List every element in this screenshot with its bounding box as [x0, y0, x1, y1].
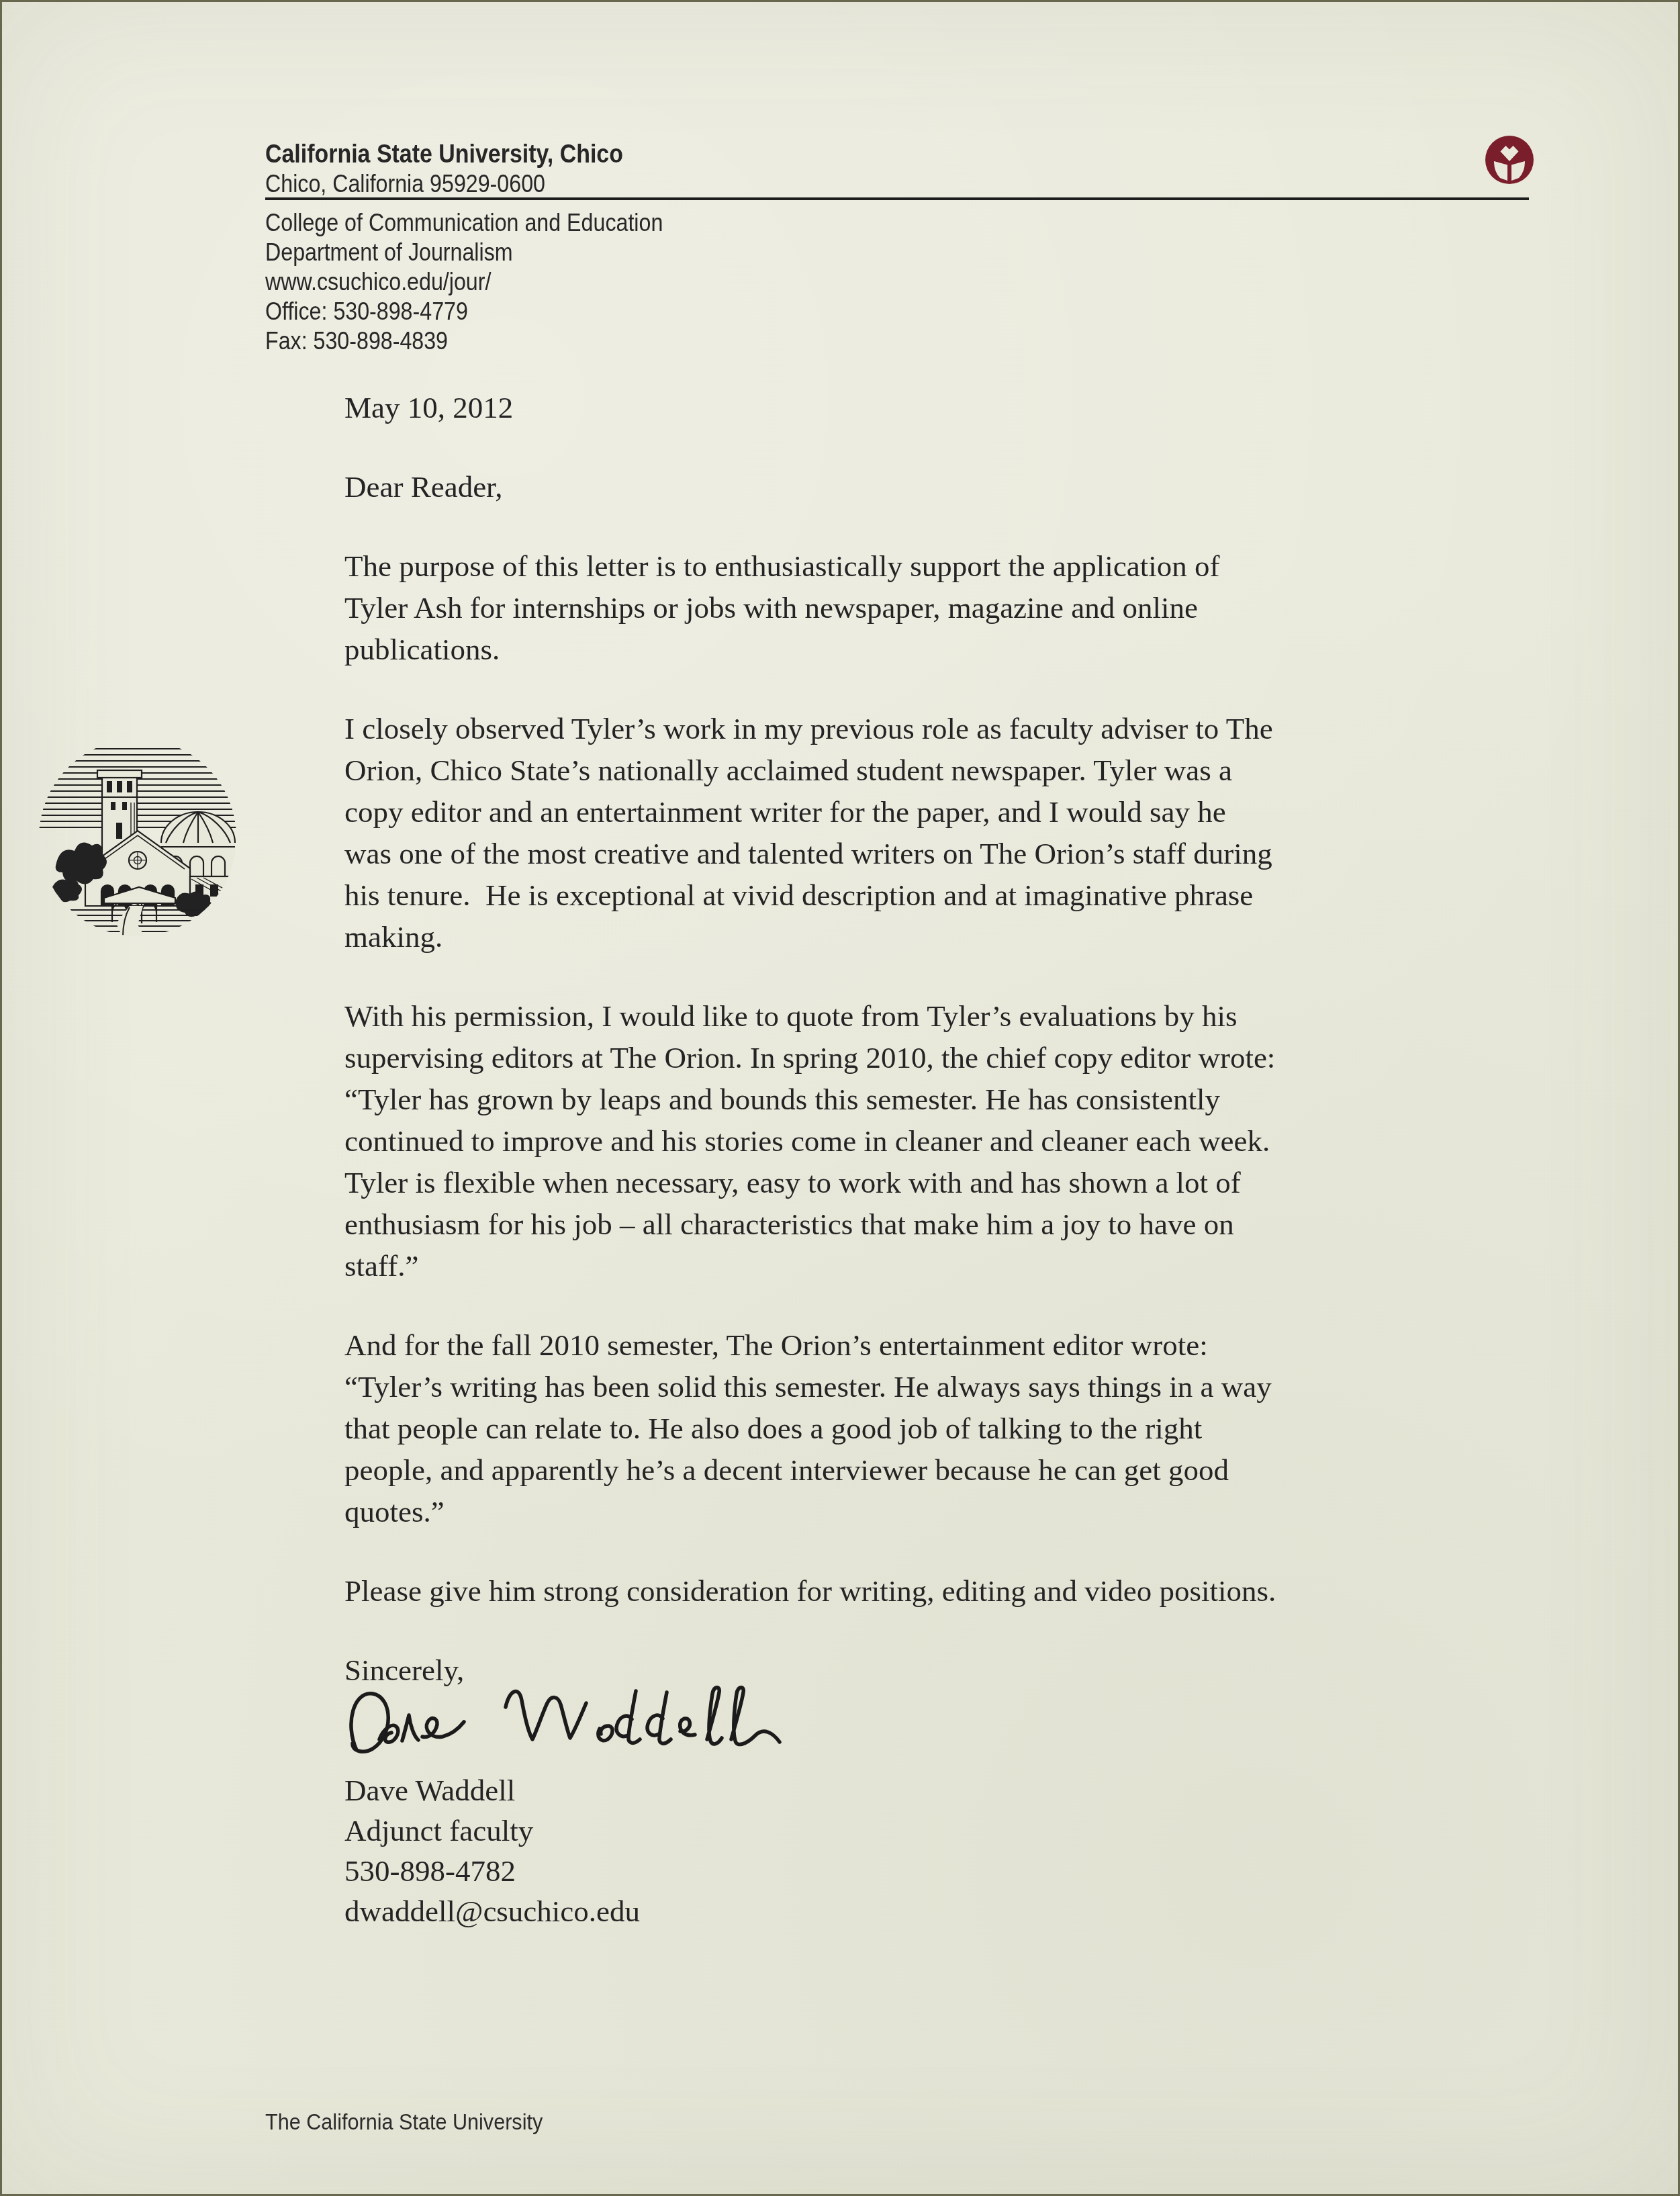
- letter-page: California State University, Chico Chico…: [0, 0, 1680, 2196]
- footer-text: The California State University: [265, 2109, 543, 2136]
- letterhead-rule: [265, 197, 1529, 200]
- letterhead-office-phone: Office: 530-898-4779: [265, 297, 1083, 326]
- signature-block: Dave Waddell Adjunct faculty 530-898-478…: [344, 1770, 1499, 1931]
- letterhead-university: California State University, Chico: [265, 140, 1083, 169]
- letterhead-fax: Fax: 530-898-4839: [265, 326, 1083, 356]
- letter-date: May 10, 2012: [344, 387, 1499, 428]
- signer-phone: 530-898-4782: [344, 1851, 1499, 1891]
- letterhead-department: Department of Journalism: [265, 238, 1083, 267]
- letter-paragraph: And for the fall 2010 semester, The Orio…: [344, 1324, 1499, 1532]
- university-seal-icon: [1483, 134, 1536, 186]
- letter-paragraph: Please give him strong consideration for…: [344, 1570, 1499, 1612]
- letter-paragraph: The purpose of this letter is to enthusi…: [344, 545, 1499, 670]
- signer-name: Dave Waddell: [344, 1770, 1499, 1811]
- letterhead-website: www.csuchico.edu/jour/: [265, 267, 1083, 297]
- signer-email: dwaddell@csuchico.edu: [344, 1891, 1499, 1931]
- campus-engraving-illustration: [37, 737, 238, 938]
- letter-salutation: Dear Reader,: [344, 466, 1499, 508]
- letterhead-spacer: [265, 199, 1205, 208]
- letterhead-address: Chico, California 95929-0600: [265, 169, 1083, 199]
- letter-paragraph: With his permission, I would like to quo…: [344, 995, 1499, 1287]
- signer-title: Adjunct faculty: [344, 1811, 1499, 1851]
- letterhead-college: College of Communication and Education: [265, 208, 1083, 238]
- letter-paragraph: I closely observed Tyler’s work in my pr…: [344, 708, 1499, 958]
- letter-body: May 10, 2012 Dear Reader, The purpose of…: [344, 387, 1499, 1931]
- letterhead: California State University, Chico Chico…: [265, 140, 1205, 356]
